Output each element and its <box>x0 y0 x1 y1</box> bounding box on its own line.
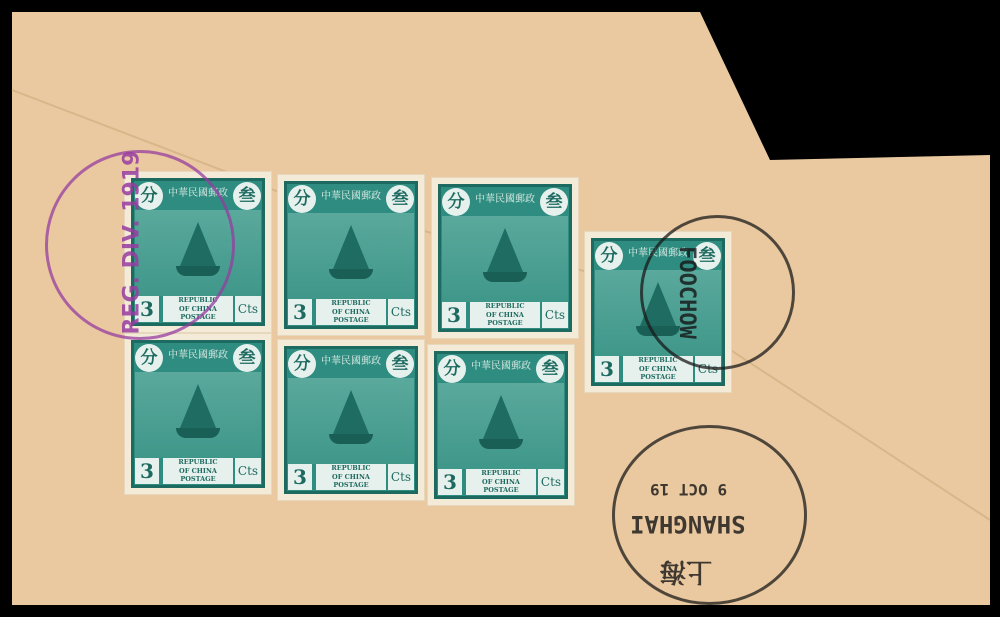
foochow-city: FOOCHOW <box>674 246 699 339</box>
postage-stamp: 分叁中華民國郵政3CtsREPUBLICOF CHINAPOSTAGE <box>278 175 424 335</box>
foochow-postmark <box>640 215 795 370</box>
postage-stamp: 分叁中華民國郵政3CtsREPUBLICOF CHINAPOSTAGE <box>125 334 271 494</box>
shanghai-chinese: 上海 <box>660 555 712 592</box>
envelope-photo: 分叁中華民國郵政3CtsREPUBLICOF CHINAPOSTAGE分叁中華民… <box>0 0 1000 617</box>
shanghai-date: 9 OCT 19 <box>650 480 727 499</box>
registration-text: REG. DIV. 1919 <box>119 151 144 335</box>
postage-stamp: 分叁中華民國郵政3CtsREPUBLICOF CHINAPOSTAGE <box>278 340 424 500</box>
postage-stamp: 分叁中華民國郵政3CtsREPUBLICOF CHINAPOSTAGE <box>428 345 574 505</box>
postage-stamp: 分叁中華民國郵政3CtsREPUBLICOF CHINAPOSTAGE <box>432 178 578 338</box>
shanghai-city: SHANGHAI <box>630 510 746 538</box>
